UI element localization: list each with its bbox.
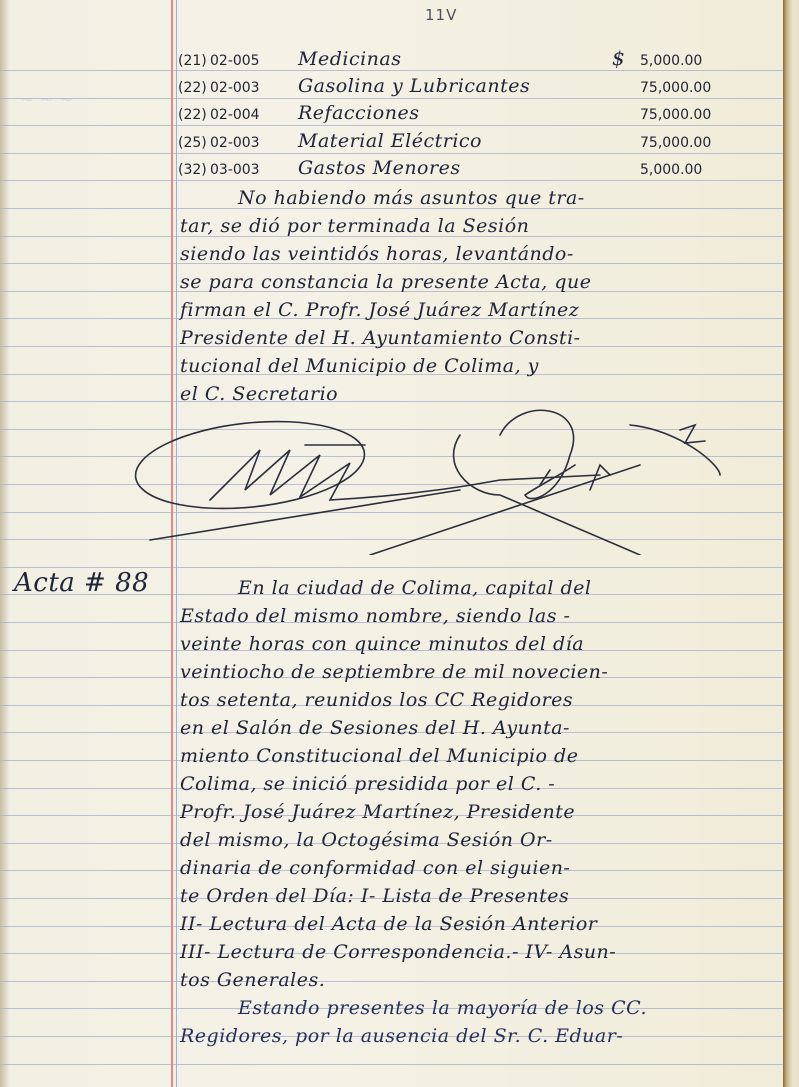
text-line: Estando presentes la mayoría de los CC. — [238, 997, 647, 1019]
ledger-code: 02-003 — [210, 80, 260, 96]
ruled-line — [0, 70, 783, 71]
text-line: siendo las veintidós horas, levantándo- — [180, 243, 574, 265]
text-line: del mismo, la Octogésima Sesión Or- — [180, 829, 553, 851]
signature-scribble — [120, 405, 740, 555]
text-line: Regidores, por la ausencia del Sr. C. Ed… — [180, 1025, 623, 1047]
ledger-code: 02-004 — [210, 107, 260, 123]
ruled-line — [0, 981, 783, 982]
acta-number-label: Acta # 88 — [14, 568, 149, 598]
ledger-code: 03-003 — [210, 162, 260, 178]
text-line: te Orden del Día: I- Lista de Presentes — [180, 885, 569, 907]
ruled-line — [0, 401, 783, 402]
text-line: Estado del mismo nombre, siendo las - — [180, 605, 570, 627]
ledger-amount: 5,000.00 — [640, 53, 702, 69]
page-number: 11V — [425, 6, 457, 24]
text-line: tucional del Municipio de Colima, y — [180, 355, 539, 377]
ruled-line — [0, 153, 783, 154]
text-line: en el Salón de Sesiones del H. Ayunta- — [180, 717, 570, 739]
ledger-ref: (25) — [178, 135, 207, 151]
text-line: II- Lectura del Acta de la Sesión Anteri… — [180, 913, 597, 935]
text-line: Presidente del H. Ayuntamiento Consti- — [180, 327, 581, 349]
ledger-ref: (22) — [178, 80, 207, 96]
ruled-line — [0, 125, 783, 126]
text-line: En la ciudad de Colima, capital del — [238, 577, 592, 599]
ledger-concept: Gastos Menores — [298, 157, 461, 179]
ledger-amount: 5,000.00 — [640, 162, 702, 178]
ledger-code: 02-005 — [210, 53, 260, 69]
text-line: firman el C. Profr. José Juárez Martínez — [180, 299, 579, 321]
ledger-page: ~ ~ ~ 11V (21) 02-005 Medicinas $ 5,000.… — [0, 0, 783, 1087]
ruled-line — [0, 180, 783, 181]
ruled-line — [0, 98, 783, 99]
text-line: No habiendo más asuntos que tra- — [238, 187, 585, 209]
text-line: dinaria de conformidad con el siguien- — [180, 857, 570, 879]
currency-symbol: $ — [612, 46, 625, 70]
text-line: tos Generales. — [180, 969, 325, 991]
ledger-concept: Material Eléctrico — [298, 130, 482, 152]
text-line: se para constancia la presente Acta, que — [180, 271, 591, 293]
text-line: Profr. José Juárez Martínez, Presidente — [180, 801, 575, 823]
ledger-concept: Gasolina y Lubricantes — [298, 75, 530, 97]
page-edge — [783, 0, 799, 1087]
text-line: Colima, se inició presidida por el C. - — [180, 773, 555, 795]
text-line: el C. Secretario — [180, 383, 338, 405]
ledger-amount: 75,000.00 — [640, 80, 711, 96]
ledger-ref: (21) — [178, 53, 207, 69]
ledger-code: 02-003 — [210, 135, 260, 151]
ledger-ref: (22) — [178, 107, 207, 123]
text-line: III- Lectura de Correspondencia.- IV- As… — [180, 941, 616, 963]
text-line: veinte horas con quince minutos del día — [180, 633, 584, 655]
ledger-concept: Medicinas — [298, 48, 401, 70]
text-line: tar, se dió por terminada la Sesión — [180, 215, 529, 237]
ruled-line — [0, 1064, 783, 1065]
text-line: miento Constitucional del Municipio de — [180, 745, 578, 767]
binding-shadow — [0, 0, 10, 1087]
text-line: tos setenta, reunidos los CC Regidores — [180, 689, 573, 711]
text-line: veintiocho de septiembre de mil novecien… — [180, 661, 608, 683]
ledger-amount: 75,000.00 — [640, 135, 711, 151]
bleed-through-text: ~ ~ ~ — [20, 90, 74, 110]
ledger-amount: 75,000.00 — [640, 107, 711, 123]
ledger-ref: (32) — [178, 162, 207, 178]
ledger-concept: Refacciones — [298, 102, 419, 124]
